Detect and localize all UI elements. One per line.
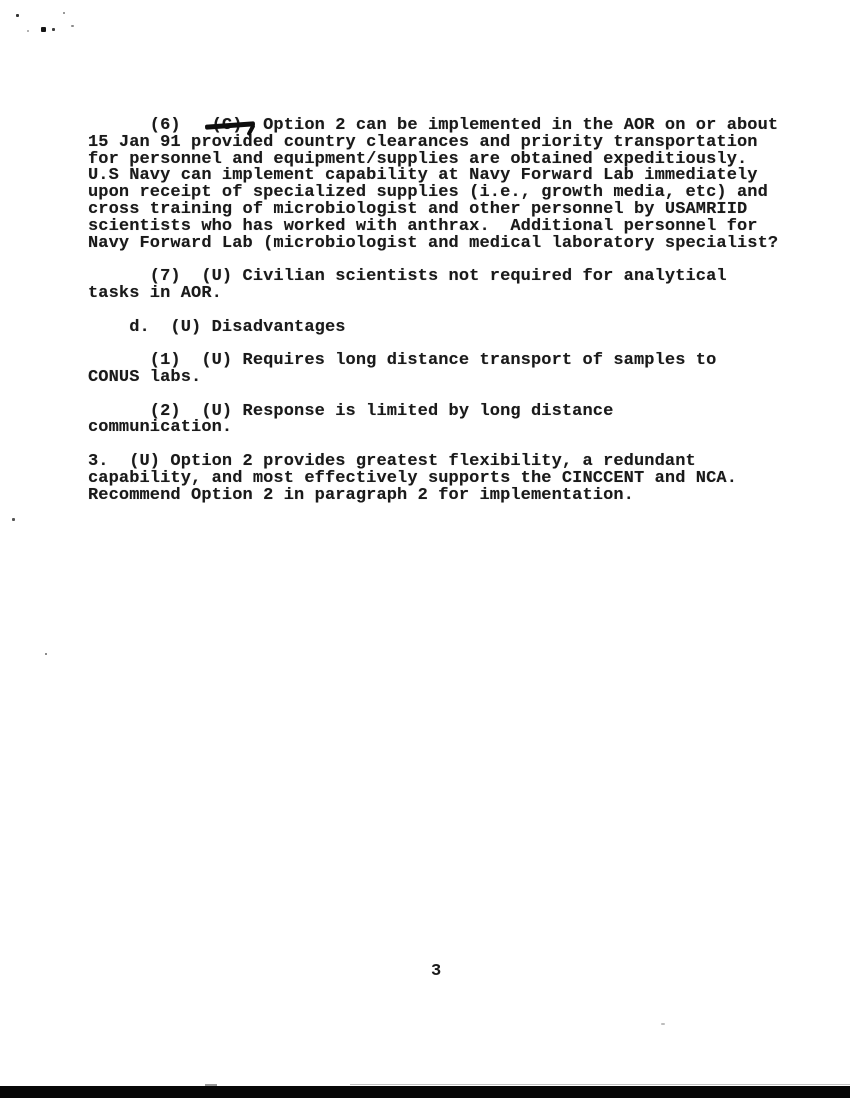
- paragraph-6: (6) (C) Option 2 can be implemented in t…: [88, 118, 798, 252]
- paragraph-6-text: Option 2 can be implemented in the AOR o…: [88, 116, 778, 253]
- scan-speck: [63, 12, 65, 14]
- scan-speck: [16, 14, 19, 17]
- scan-speck: [12, 518, 15, 521]
- scan-speck: [45, 653, 47, 655]
- struck-classification-marking: (C): [212, 118, 243, 135]
- paragraph-7: (7) (U) Civilian scientists not required…: [88, 269, 798, 303]
- page-number: 3: [431, 962, 441, 981]
- scanned-document-page: (6) (C) Option 2 can be implemented in t…: [0, 0, 850, 1107]
- scan-streak: [350, 1084, 850, 1085]
- paragraph-3-recommendation: 3. (U) Option 2 provides greatest flexib…: [88, 454, 798, 504]
- paragraph-d1: (1) (U) Requires long distance transport…: [88, 353, 798, 387]
- scan-speck: [661, 1023, 665, 1025]
- redaction-bar: [0, 1086, 850, 1098]
- scan-speck: [27, 30, 29, 32]
- scan-speck: [41, 27, 46, 32]
- scan-speck: [71, 25, 74, 27]
- paragraph-d2: (2) (U) Response is limited by long dist…: [88, 404, 798, 438]
- scan-speck: [52, 28, 55, 31]
- memo-body: (6) (C) Option 2 can be implemented in t…: [88, 118, 798, 521]
- paragraph-d-disadvantages-heading: d. (U) Disadvantages: [88, 320, 798, 337]
